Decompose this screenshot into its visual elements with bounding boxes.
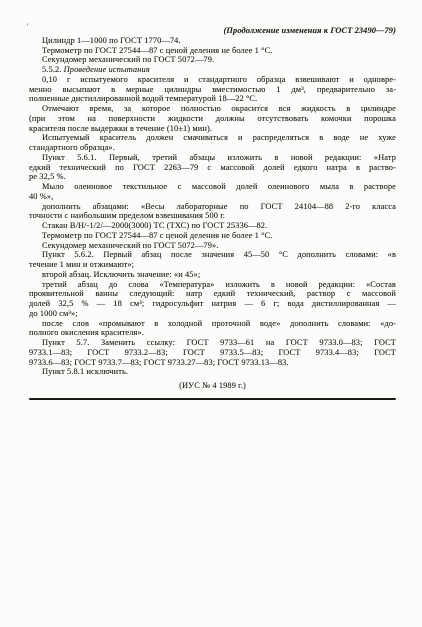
- text-line: Термометр по ГОСТ 27544—87 с ценой делен…: [29, 46, 396, 56]
- text-line: дополнить абзацами: «Весы лабораторные п…: [29, 202, 396, 212]
- document-page: ' (Продолжение изменения к ГОСТ 23490—79…: [0, 0, 422, 627]
- text-line: полного окисления красителя».: [29, 328, 396, 338]
- text-line: красителя после выдержки в течение (10±1…: [29, 124, 396, 134]
- text-line: проявительной ванны следующий: натр едки…: [29, 289, 396, 299]
- text-line: Цилиндр 1—1000 по ГОСТ 1770—74.: [29, 36, 396, 46]
- page-content: (Продолжение изменения к ГОСТ 23490—79) …: [29, 26, 396, 400]
- text-line: Секундомер механический по ГОСТ 5072—79»…: [29, 241, 396, 251]
- text-line: до 1000 см³»;: [29, 309, 396, 319]
- text-line: Отмечают время, за которое полностью окр…: [29, 104, 396, 114]
- text-line: долей 32,5 % — 18 см³; гидросульфит натр…: [29, 299, 396, 309]
- text-line: Мыло олеиновое текстильное с массовой до…: [29, 182, 396, 192]
- section-heading-line: 5.5.2. Проведение испытания: [29, 65, 396, 75]
- text-line: Пункт 5.6.2. Первый абзац после значения…: [29, 250, 396, 260]
- text-line: 9733.1—83; ГОСТ 9733.2—83; ГОСТ 9733.5—8…: [29, 348, 396, 358]
- text-line: второй абзац. Исключить значение: «и 45»…: [29, 270, 396, 280]
- text-line: Секундомер механический по ГОСТ 5072—79.: [29, 55, 396, 65]
- text-line: течение 1 мин и отжимают»;: [29, 260, 396, 270]
- text-line: точности с наибольшим пределом взвешиван…: [29, 211, 396, 221]
- footer-rule: [29, 398, 396, 400]
- text-line: Испытуемый краситель должен смачиваться …: [29, 133, 396, 143]
- section-title: Проведение испытания: [64, 65, 150, 74]
- text-line: менно высыпают в мерные цилиндры вместим…: [29, 85, 396, 95]
- text-line: едкий технический по ГОСТ 2263—79 с масс…: [29, 163, 396, 173]
- text-line: третий абзац до слова «Температура» изло…: [29, 280, 396, 290]
- continuation-header: (Продолжение изменения к ГОСТ 23490—79): [29, 26, 396, 36]
- section-number: 5.5.2.: [42, 65, 64, 74]
- text-line: 40 %»,: [29, 192, 396, 202]
- text-line: Пункт 5.6.1. Первый, третий абзацы излож…: [29, 153, 396, 163]
- text-line: Стакан В/Н/-1/2/—2000(3000) ТС (ТХС) по …: [29, 221, 396, 231]
- text-line: 9733.6—83; ГОСТ 9733.7—83; ГОСТ 9733.27—…: [29, 358, 396, 368]
- text-line: полненные дистиллированной водой темпера…: [29, 94, 396, 104]
- text-line: Пункт 5.7. Заменить ссылку: ГОСТ 9733—61…: [29, 338, 396, 348]
- text-line: стандартного образца».: [29, 143, 396, 153]
- ius-reference: (ИУС № 4 1989 г.): [29, 381, 396, 391]
- text-line: 0,10 г испытуемого красителя и стандартн…: [29, 75, 396, 85]
- text-line: ре 32,5 %.: [29, 172, 396, 182]
- text-line: Термометр по ГОСТ 27544—87 с ценой делен…: [29, 231, 396, 241]
- text-line: (при этом на поверхности жидкости должны…: [29, 114, 396, 124]
- text-line: Пункт 5.8.1 исключить.: [29, 367, 396, 377]
- text-line: после слов «промывают в холодной проточн…: [29, 319, 396, 329]
